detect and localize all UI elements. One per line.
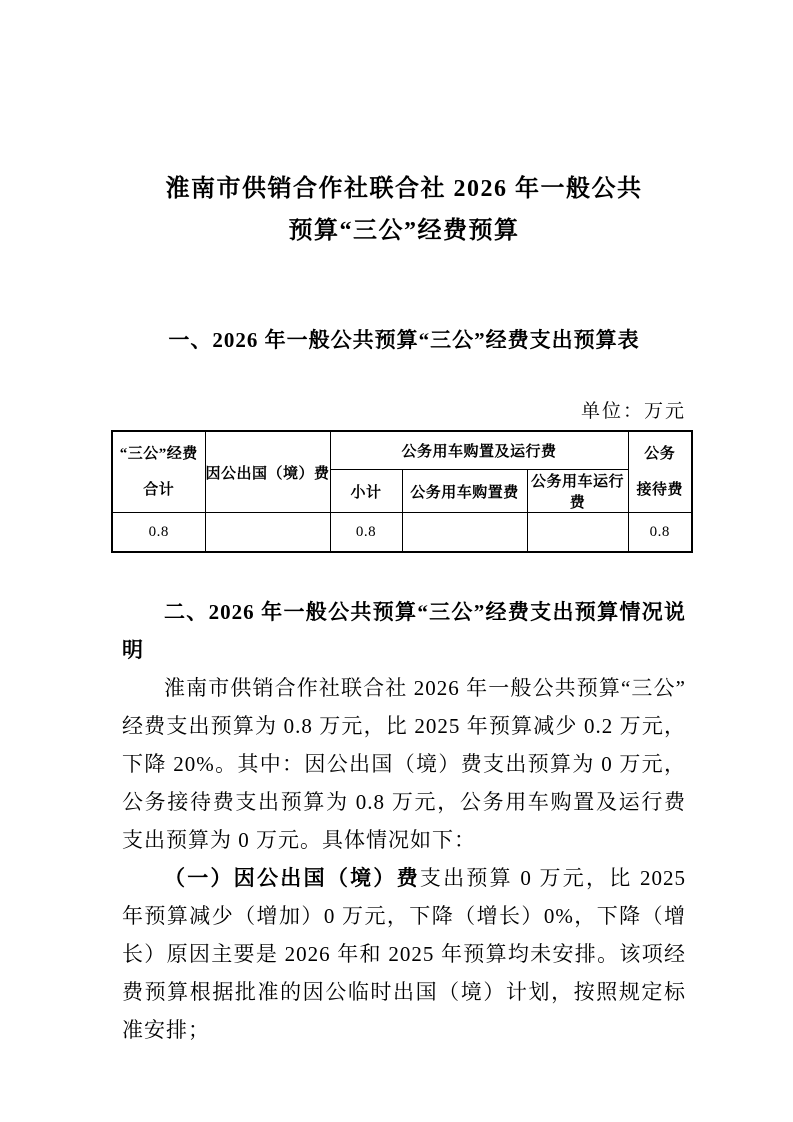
header-sangong-total-line2: 合计: [113, 472, 205, 508]
header-vehicle-subtotal: 小计: [330, 470, 402, 513]
section2-heading: 二、2026 年一般公共预算“三公”经费支出预算情况说明: [122, 593, 686, 669]
budget-table: “三公”经费 合计 因公出国（境）费 公务用车购置及运行费 公务 接待费 小计 …: [111, 430, 693, 553]
value-abroad-fee: [205, 513, 330, 553]
document-title-line1: 淮南市供销合作社联合社 2026 年一般公共: [122, 168, 686, 210]
table-header-row-1: “三公”经费 合计 因公出国（境）费 公务用车购置及运行费 公务 接待费: [112, 431, 692, 470]
document-page: 淮南市供销合作社联合社 2026 年一般公共 预算“三公”经费预算 一、2026…: [0, 0, 793, 1122]
section1-heading: 一、2026 年一般公共预算“三公”经费支出预算表: [122, 321, 686, 359]
header-vehicle-operation: 公务用车运行费: [527, 470, 628, 513]
paragraph-item1-lead: （一）因公出国（境）费: [164, 866, 420, 890]
header-sangong-total: “三公”经费 合计: [112, 431, 205, 513]
table-data-row: 0.8 0.8 0.8: [112, 513, 692, 553]
header-vehicle-purchase: 公务用车购置费: [402, 470, 527, 513]
paragraph-item1-body: 支出预算 0 万元，比 2025 年预算减少（增加）0 万元，下降（增长）0%，…: [122, 866, 686, 1042]
header-reception: 公务 接待费: [628, 431, 692, 513]
unit-label: 单位：万元: [122, 399, 686, 425]
paragraph-overview: 淮南市供销合作社联合社 2026 年一般公共预算“三公”经费支出预算为 0.8 …: [122, 669, 686, 859]
value-sangong-total: 0.8: [112, 513, 205, 553]
document-title: 淮南市供销合作社联合社 2026 年一般公共 预算“三公”经费预算: [122, 168, 686, 252]
header-abroad-fee: 因公出国（境）费: [205, 431, 330, 513]
paragraph-item1: （一）因公出国（境）费支出预算 0 万元，比 2025 年预算减少（增加）0 万…: [122, 859, 686, 1049]
value-reception: 0.8: [628, 513, 692, 553]
document-title-line2: 预算“三公”经费预算: [122, 210, 686, 252]
header-sangong-total-line1: “三公”经费: [113, 436, 205, 472]
header-vehicle-group: 公务用车购置及运行费: [330, 431, 628, 470]
header-reception-line2: 接待费: [629, 472, 692, 508]
value-vehicle-purchase: [402, 513, 527, 553]
value-vehicle-operation: [527, 513, 628, 553]
value-vehicle-subtotal: 0.8: [330, 513, 402, 553]
header-reception-line1: 公务: [629, 436, 692, 472]
